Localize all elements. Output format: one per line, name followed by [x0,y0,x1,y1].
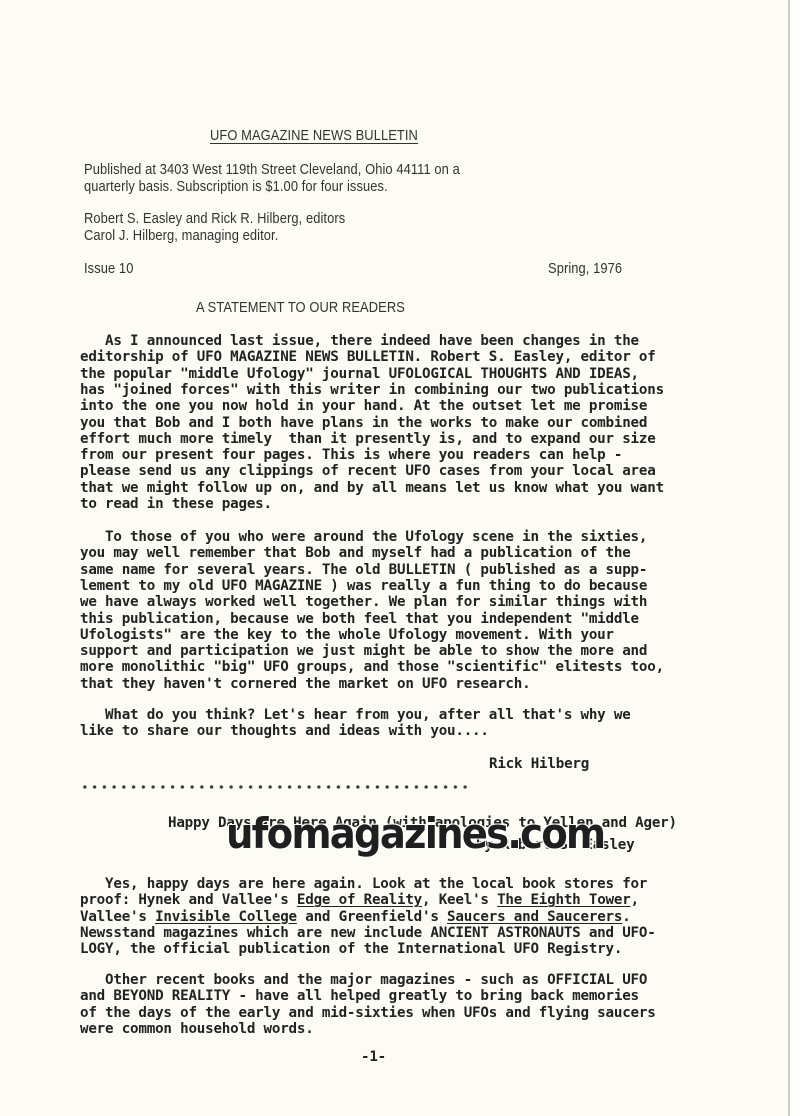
text-span: , Keel's [422,892,497,908]
issue-number: Issue 10 [84,261,133,277]
text-span: and Greenfield's [297,909,447,925]
text-line: LOGY, the official publication of the In… [80,941,622,957]
text-line: same name for several years. The old BUL… [80,562,647,578]
bulletin-title: UFO MAGAZINE NEWS BULLETIN [210,128,418,144]
text-span: Vallee's [80,909,155,925]
text-line: support and participation we just might … [80,643,647,659]
text-line: more monolithic "big" UFO groups, and th… [80,659,664,675]
text-line: Newsstand magazines which are new includ… [80,925,656,941]
text-line: effort much more timely than it presentl… [80,431,656,447]
text-line: What do you think? Let's hear from you, … [80,707,631,723]
book-title: Edge of Reality [297,892,422,908]
book-title: Saucers and Saucerers [447,909,622,925]
text-line: To those of you who were around the Ufol… [80,529,647,545]
text-line: that we might follow up on, and by all m… [80,480,664,496]
published-line-1: Published at 3403 West 119th Street Clev… [84,162,460,178]
text-line: into the one you now hold in your hand. … [80,398,647,414]
managing-editor-line: Carol J. Hilberg, managing editor. [84,228,278,244]
text-line: of the days of the early and mid-sixties… [80,1005,656,1021]
text-span: , [631,892,639,908]
statement-signature: Rick Hilberg [489,756,589,772]
text-line: and BEYOND REALITY - have all helped gre… [80,988,639,1004]
text-line: Vallee's Invisible College and Greenfiel… [80,909,631,925]
text-line: were common household words. [80,1021,314,1037]
text-line: this publication, because we both feel t… [80,611,639,627]
text-line: you may well remember that Bob and mysel… [80,545,631,561]
watermark: ufomagazines.com [226,812,604,856]
text-line: Yes, happy days are here again. Look at … [80,876,647,892]
text-span: . [622,909,630,925]
editors-line: Robert S. Easley and Rick R. Hilberg, ed… [84,211,345,227]
text-line: the popular "middle Ufology" journal UFO… [80,366,639,382]
statement-heading: A STATEMENT TO OUR READERS [196,300,405,316]
text-line: please send us any clippings of recent U… [80,463,656,479]
text-line: to read in these pages. [80,496,272,512]
dotted-divider [80,784,470,790]
text-line: Ufologists" are the key to the whole Ufo… [80,627,614,643]
text-line: from our present four pages. This is whe… [80,447,622,463]
text-line: we have always worked well together. We … [80,594,647,610]
book-title: Invisible College [155,909,297,925]
text-line: Other recent books and the major magazin… [80,972,647,988]
text-line: you that Bob and I both have plans in th… [80,415,647,431]
text-line: proof: Hynek and Vallee's Edge of Realit… [80,892,639,908]
text-line: like to share our thoughts and ideas wit… [80,723,489,739]
published-line-2: quarterly basis. Subscription is $1.00 f… [84,179,388,195]
text-line: that they haven't cornered the market on… [80,676,530,692]
issue-season: Spring, 1976 [548,261,622,277]
text-line: lement to my old UFO MAGAZINE ) was real… [80,578,647,594]
scan-margin [790,0,800,1116]
book-title: The Eighth Tower [497,892,630,908]
page-number: -1- [361,1049,386,1065]
text-line: has "joined forces" with this writer in … [80,382,664,398]
text-line: As I announced last issue, there indeed … [80,333,639,349]
text-line: editorship of UFO MAGAZINE NEWS BULLETIN… [80,349,656,365]
text-span: proof: Hynek and Vallee's [80,892,297,908]
